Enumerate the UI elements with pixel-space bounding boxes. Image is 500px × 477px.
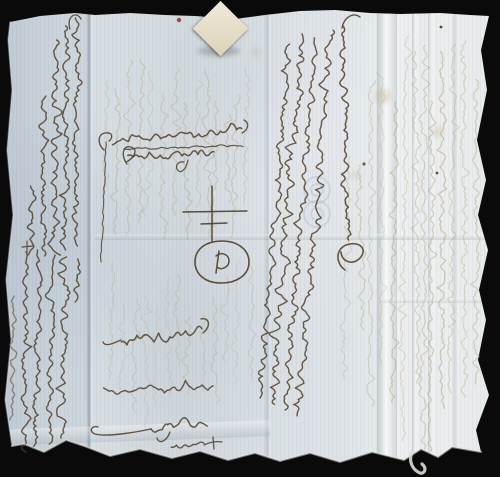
wax-seal-impression-icon [202, 11, 237, 46]
stain-1 [375, 88, 391, 104]
mark-letter-p [216, 251, 229, 273]
ink-speck-1 [440, 26, 443, 29]
left-col-u3 [48, 40, 62, 255]
mark-oval [195, 241, 249, 283]
handwriting-ink-layer [0, 0, 500, 477]
docket3-descender [157, 432, 170, 442]
docket4-cross [204, 437, 222, 449]
left-top-flourish [69, 15, 81, 29]
ink-speck-3 [362, 162, 365, 165]
docket3-underline-tail [91, 427, 151, 435]
left-col-u4 [59, 26, 69, 250]
left-col-l6 [74, 259, 80, 302]
docket-4 [171, 442, 204, 448]
address-strike [124, 145, 243, 150]
left-col-l5 [56, 257, 70, 438]
left-col-l4 [46, 255, 55, 444]
line2-descender-loop [177, 160, 188, 172]
docket-3 [151, 418, 207, 432]
red-wax-trace [177, 18, 181, 22]
mark-bar-1 [183, 211, 247, 212]
stain-4 [351, 171, 361, 181]
left-col-l3 [33, 250, 43, 448]
ink-speck-2 [436, 172, 439, 175]
stain-2 [432, 126, 444, 138]
right-col-4 [294, 30, 335, 416]
dark-script-lines [9, 18, 351, 452]
left-col-u5 [72, 18, 82, 246]
address-line1 [112, 124, 241, 145]
swash-top-hook [342, 15, 360, 28]
left-col-u1 [27, 186, 35, 255]
stain-3 [251, 47, 261, 57]
left-col-l2 [21, 252, 31, 452]
mark-bar-2 [201, 223, 227, 224]
right-col-1 [258, 44, 290, 398]
right-col-3 [284, 38, 317, 410]
manuscript-photo [0, 0, 500, 477]
swash-column [340, 26, 351, 240]
merchant-mark [183, 186, 249, 283]
left-col-u2 [39, 96, 49, 256]
left-col-l1 [9, 296, 16, 420]
